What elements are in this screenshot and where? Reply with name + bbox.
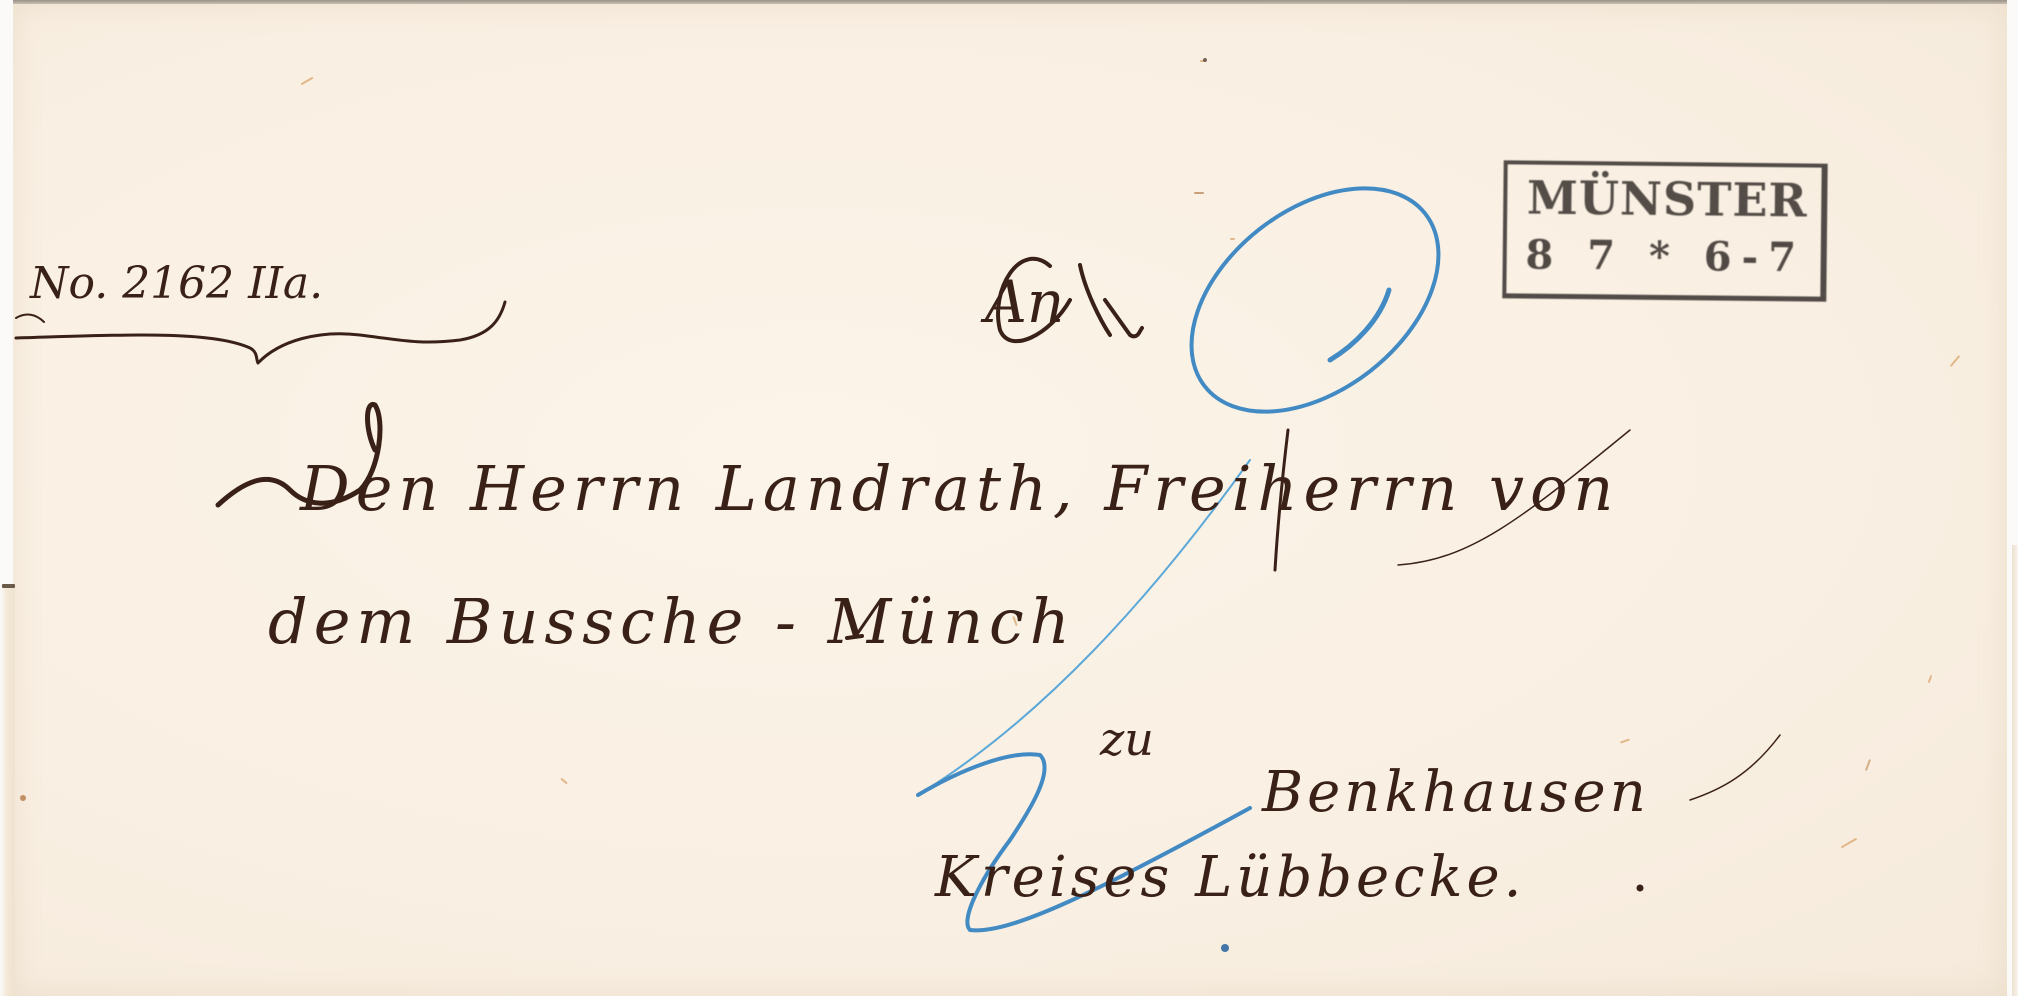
scan-margin-right	[2011, 0, 2018, 545]
fold-flap-left-edge	[2, 584, 15, 588]
address-line-4: Benkhausen	[1262, 760, 1650, 825]
address-salutation: An	[985, 268, 1064, 336]
fold-flap-right	[2012, 545, 2018, 996]
reference-number: No. 2162 IIa.	[30, 258, 323, 309]
address-line-3: zu	[1100, 712, 1154, 766]
address-line-2: dem Bussche - Münch	[268, 585, 1076, 658]
address-line-1: Den Herrn Landrath, Freiherrn von	[300, 452, 1619, 525]
paper-fibre	[1194, 192, 1204, 194]
postmark-date: 8 7 * 6-7	[1520, 230, 1811, 283]
paper-fibre	[1230, 238, 1235, 240]
paper-fibre	[1203, 58, 1207, 62]
address-line-5: Kreises Lübbecke.	[935, 845, 1525, 910]
paper-fibre	[20, 795, 26, 801]
postmark-munster: MÜNSTER 8 7 * 6-7	[1502, 160, 1827, 301]
document-scan: MÜNSTER 8 7 * 6-7	[0, 0, 2018, 996]
postmark-town: MÜNSTER	[1517, 172, 1818, 225]
fold-flap-left	[0, 585, 15, 996]
